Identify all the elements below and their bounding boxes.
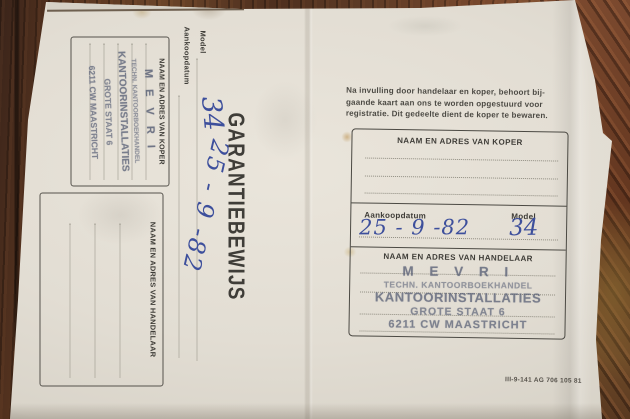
stamp-line: KANTOORINSTALLATIES	[351, 289, 566, 306]
stamp-line: GROTE STAAT 6	[350, 305, 565, 319]
left-panel-rotated: GARANTIEBEWIJS Model 34 Aankoopdatum 25 …	[0, 1, 250, 419]
stamp-line: 6211 CW MAASTRICHT	[86, 38, 101, 186]
registration-notice: Na invulling door handelaar en koper, be…	[346, 85, 567, 122]
stamp-line: GROTE STAAT 6	[101, 38, 116, 186]
form-code: III-9-141 AG 706 105 81	[505, 376, 582, 385]
aankoopdatum-label-left: Aankoopdatum	[183, 27, 192, 85]
stamp-line: M E V R I	[351, 263, 566, 280]
model-value-left: 34	[195, 95, 229, 132]
dotted-line	[70, 224, 71, 378]
dotted-line	[95, 224, 96, 378]
notice-line: registratie. Dit gedeelte dient de koper…	[346, 108, 567, 122]
stamp-line: TECHN. KANTOORBOEKHANDEL	[129, 37, 141, 185]
warranty-form: NAAM EN ADRES VAN KOPER Aankoopdatum Mod…	[348, 128, 568, 339]
handelaar-header-left: NAAM EN ADRES VAN HANDELAAR	[149, 194, 158, 386]
dealer-stamp: M E V R I TECHN. KANTOORBOEKHANDEL KANTO…	[350, 130, 566, 337]
stamp-line: KANTOORINSTALLATIES	[115, 37, 131, 185]
koper-box-left: NAAM EN ADRES VAN KOPER M E V R I TECHN.…	[71, 37, 170, 187]
dotted-line	[120, 224, 121, 378]
handelaar-box-left: NAAM EN ADRES VAN HANDELAAR	[40, 193, 164, 387]
dotted-line	[179, 96, 180, 358]
dealer-stamp-left: M E V R I TECHN. KANTOORBOEKHANDEL KANTO…	[69, 36, 171, 187]
stamp-line: 6211 CW MAASTRICHT	[350, 318, 565, 332]
warranty-card-paper: GARANTIEBEWIJS Model 34 Aankoopdatum 25 …	[0, 0, 630, 419]
model-label-left: Model	[199, 31, 208, 54]
stamp-line: M E V R I	[141, 36, 158, 184]
